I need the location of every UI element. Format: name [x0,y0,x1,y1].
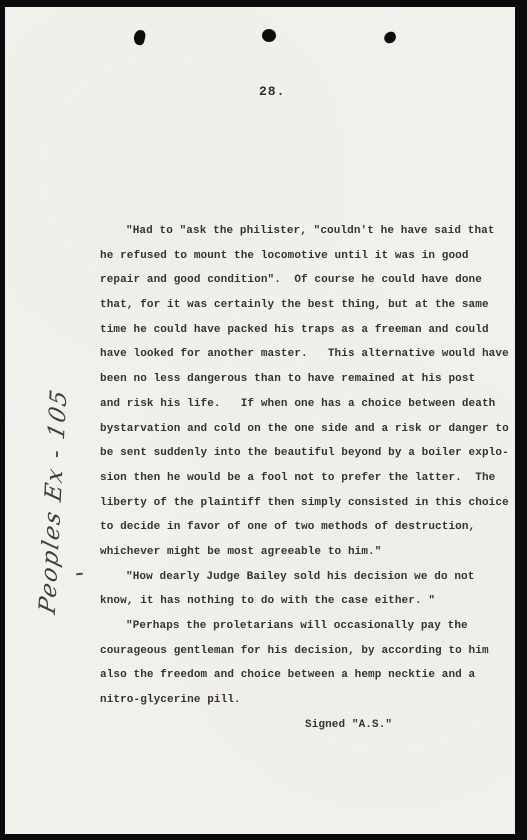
typewritten-text-block: "Had to "ask the philister, "couldn't he… [100,219,522,737]
signature-line: Signed "A.S." [100,713,522,738]
paper-sheet: 28. Peoples Ex - 105 "Had to "ask the ph… [5,7,515,834]
text-line: "How dearly Judge Bailey sold his decisi… [100,565,522,590]
text-line: bystarvation and cold on the one side an… [100,417,522,442]
text-line: sion then he would be a fool not to pref… [100,466,522,491]
text-line: "Had to "ask the philister, "couldn't he… [100,219,522,244]
text-line: whichever might be most agreeable to him… [100,540,522,565]
text-line: that, for it was certainly the best thin… [100,293,522,318]
text-line: liberty of the plaintiff then simply con… [100,491,522,516]
text-line: have looked for another master. This alt… [100,342,522,367]
page-number: 28. [259,85,285,98]
text-line: "Perhaps the proletarians will occasiona… [100,614,522,639]
punch-hole-mark-right [383,30,398,44]
text-line: been no less dangerous than to have rema… [100,367,522,392]
text-line: to decide in favor of one of two methods… [100,515,522,540]
text-line: nitro-glycerine pill. [100,688,522,713]
text-line: repair and good condition". Of course he… [100,268,522,293]
text-line: courageous gentleman for his decision, b… [100,639,522,664]
text-line: and risk his life. If when one has a cho… [100,392,522,417]
text-line: know, it has nothing to do with the case… [100,589,522,614]
text-line: he refused to mount the locomotive until… [100,244,522,269]
punch-hole-mark-center [262,29,276,42]
scanned-document: { "page": { "number": "28.", "exhibit_st… [0,0,527,840]
stray-ink-mark [76,573,83,576]
exhibit-number-handwriting: Peoples Ex - 105 [35,386,72,617]
text-line: time he could have packed his traps as a… [100,318,522,343]
punch-hole-mark-left [133,29,147,46]
text-line: be sent suddenly into the beautiful beyo… [100,441,522,466]
text-line: also the freedom and choice between a he… [100,663,522,688]
